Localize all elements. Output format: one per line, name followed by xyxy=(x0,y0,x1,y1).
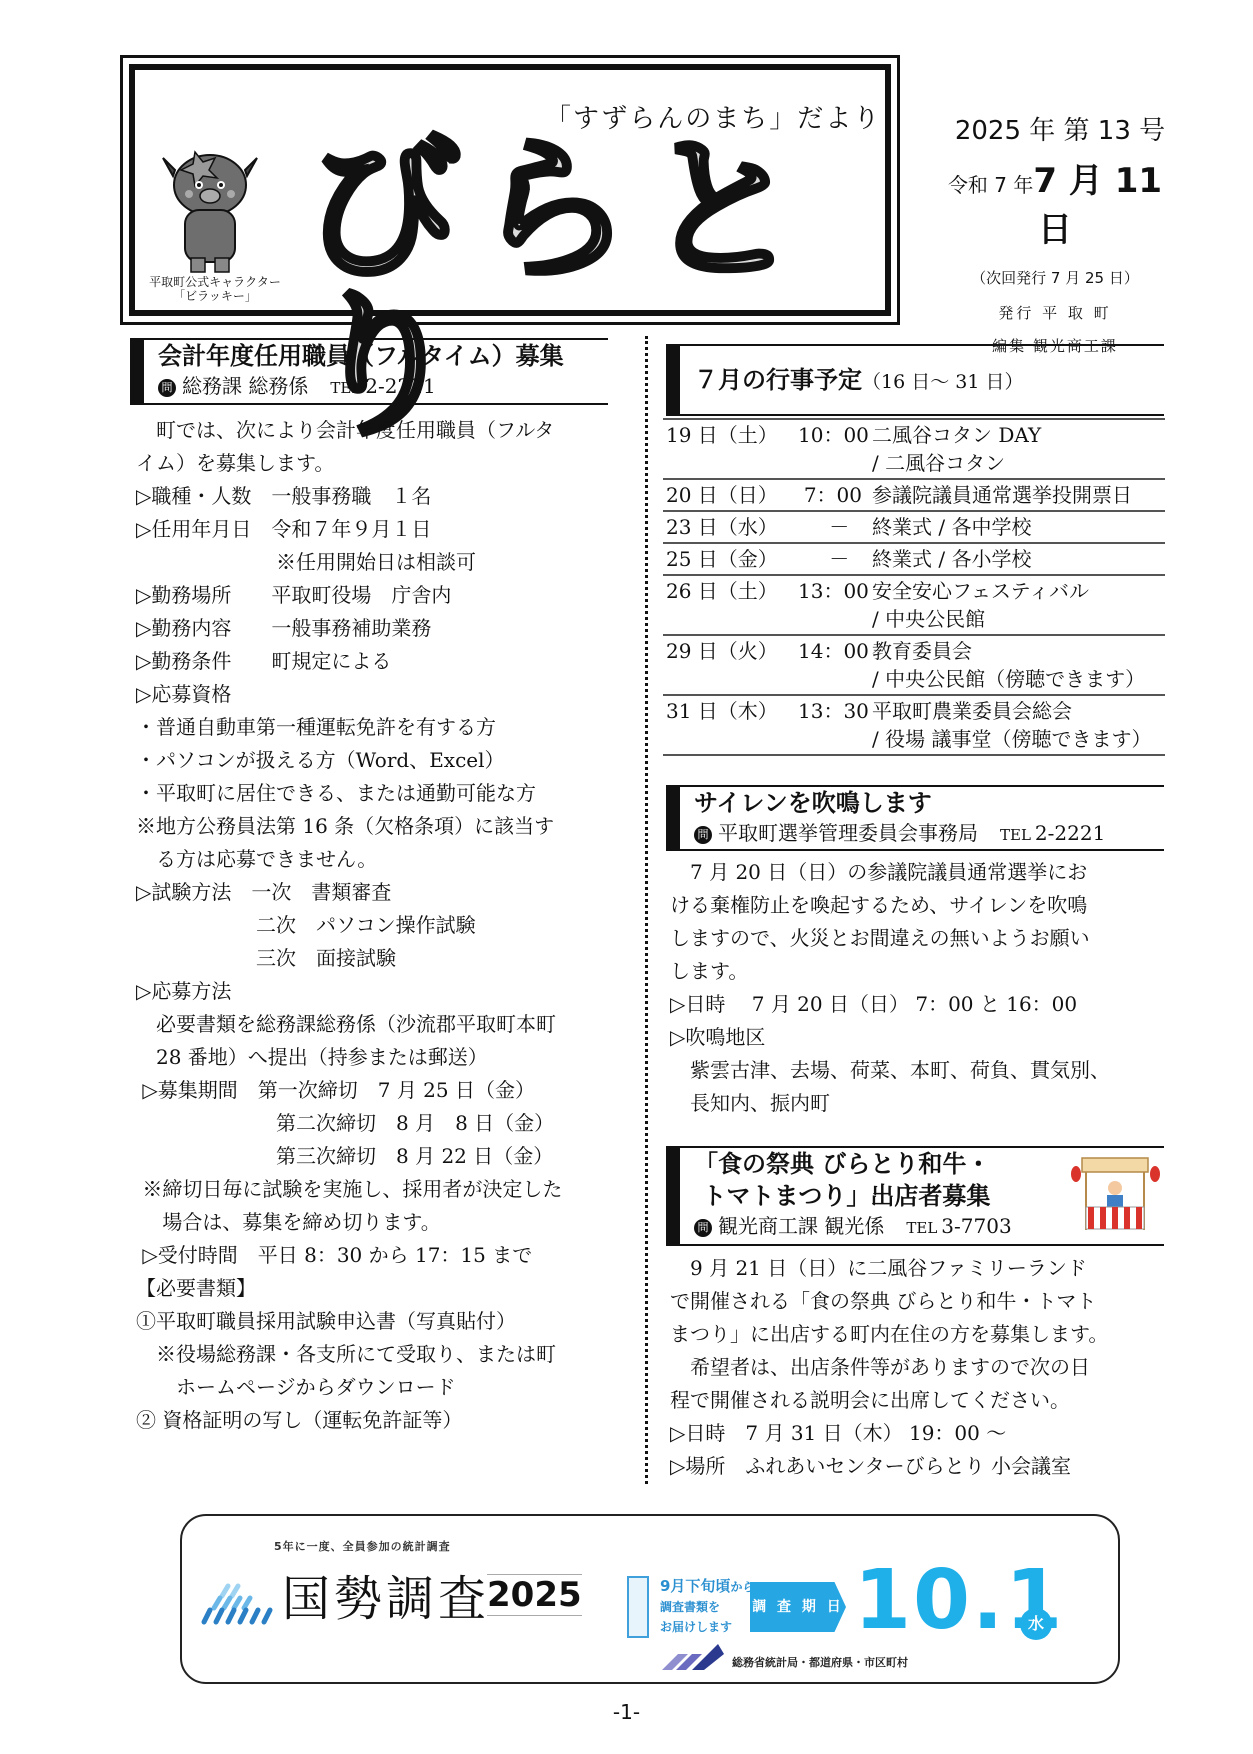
event-time: － xyxy=(798,513,862,541)
body-line: ▷勤務条件 町規定による xyxy=(136,645,636,678)
body-line: ▷試験方法 一次 書類審査 xyxy=(136,876,636,909)
census-banner[interactable]: 5年に一度、全員参加の統計調査 国勢調査 2025 9月下旬頃から 調査書類を … xyxy=(180,1514,1120,1684)
festival-stall-icon xyxy=(1068,1152,1163,1232)
event-desc: 平取町農業委員会総会 / 役場 議事堂（傍聴できます） xyxy=(862,697,1165,753)
body-line: ▷募集期間 第一次締切 7 月 25 日（金） xyxy=(136,1074,636,1107)
body-line: 希望者は、出店条件等がありますので次の日 xyxy=(670,1351,1170,1384)
event-date: 31 日（木） xyxy=(663,697,798,753)
event-date: 19 日（土） xyxy=(663,421,798,477)
census-tagline: 5年に一度、全員参加の統計調査 xyxy=(274,1538,451,1554)
event-time: 13：00 xyxy=(798,577,862,633)
recruit-section-header: 会計年度任用職員（フルタイム）募集 問総務課 総務係TEL2-2221 xyxy=(130,338,608,405)
event-row: 25 日（金） － 終業式 / 各小学校 xyxy=(663,544,1165,576)
events-range: （16 日～ 31 日） xyxy=(862,371,1023,393)
issue-number: 2025 年 第 13 号 xyxy=(940,110,1180,147)
page-number: -1- xyxy=(0,1700,1253,1724)
body-line: ※役場総務課・各支所にて受取り、または町 xyxy=(136,1338,636,1371)
tel-label: TEL xyxy=(906,1219,937,1237)
event-row: 20 日（日） 7：00 参議院議員通常選挙投開票日 xyxy=(663,480,1165,512)
next-issue-date: （次回発行 7 月 25 日） xyxy=(930,267,1180,288)
masthead-frame: 平取町公式キャラクター 「ビラッキー」 「すずらんのまち」だより びらとり xyxy=(129,64,891,316)
event-desc: 終業式 / 各中学校 xyxy=(862,513,1165,541)
siren-contact: 問平取町選挙管理委員会事務局TEL2-2221 xyxy=(694,819,1164,849)
event-date: 29 日（火） xyxy=(663,637,798,693)
inquiry-icon: 問 xyxy=(694,1219,712,1237)
survey-day-label: 調 査 期 日 xyxy=(750,1582,846,1632)
body-line: 長知内、振内町 xyxy=(670,1087,1170,1120)
event-row: 29 日（火） 14：00 教育委員会 / 中央公民館（傍聴できます） xyxy=(663,636,1165,696)
event-row: 23 日（水） － 終業式 / 各中学校 xyxy=(663,512,1165,544)
census-delivery-note: 9月下旬頃から 調査書類を お届けします xyxy=(660,1576,754,1637)
tel-label: TEL xyxy=(1000,826,1031,844)
body-line: 町では、次により会計年度任用職員（フルタ xyxy=(136,414,636,447)
census-title: 国勢調査 xyxy=(282,1560,490,1629)
inquiry-icon: 問 xyxy=(694,826,712,844)
recruit-body: 町では、次により会計年度任用職員（フルタ イム）を募集します。 ▷職種・人数 一… xyxy=(136,414,636,1437)
body-line: ・普通自動車第一種運転免許を有する方 xyxy=(136,711,636,744)
body-line: ける棄権防止を喚起するため、サイレンを吹鳴 xyxy=(670,889,1170,922)
event-desc: 安全安心フェスティバル / 中央公民館 xyxy=(862,577,1165,633)
tel-number[interactable]: 2-2221 xyxy=(365,374,435,398)
body-line: ※任用開始日は相談可 xyxy=(136,546,636,579)
body-line: ▷応募方法 xyxy=(136,975,636,1008)
body-line: 程で開催される説明会に出席してください。 xyxy=(670,1384,1170,1417)
survey-document-icon xyxy=(627,1576,649,1638)
body-line: 28 番地）へ提出（持参または郵送） xyxy=(136,1041,636,1074)
body-line: します。 xyxy=(670,955,1170,988)
publisher: 発行 平 取 町 xyxy=(930,302,1180,323)
delivery-line3: お届けします xyxy=(660,1617,754,1637)
masthead: 平取町公式キャラクター 「ビラッキー」 「すずらんのまち」だより びらとり xyxy=(120,55,900,325)
inquiry-icon: 問 xyxy=(158,379,176,397)
body-line: 二次 パソコン操作試験 xyxy=(136,909,636,942)
body-line: ・パソコンが扱える方（Word、Excel） xyxy=(136,744,636,777)
body-line: ※締切日毎に試験を実施し、採用者が決定した xyxy=(136,1173,636,1206)
body-line: ▷職種・人数 一般事務職 １名 xyxy=(136,480,636,513)
census-year: 2025 xyxy=(487,1574,582,1616)
body-line: ▷日時 7 月 31 日（木） 19：00 ～ xyxy=(670,1417,1170,1450)
body-line: まつり」に出店する町内在住の方を募集します。 xyxy=(670,1318,1170,1351)
body-line: 場合は、募集を締め切ります。 xyxy=(136,1206,636,1239)
recruit-title: 会計年度任用職員（フルタイム）募集 xyxy=(158,340,608,372)
mascot-caption-line1: 平取町公式キャラクター xyxy=(145,275,285,289)
siren-section-header: サイレンを吹鳴します 問平取町選挙管理委員会事務局TEL2-2221 xyxy=(666,785,1164,851)
delivery-date: 9月下旬頃 xyxy=(660,1577,730,1595)
events-section-header: ７月の行事予定（16 日～ 31 日） xyxy=(666,344,1164,416)
body-line: イム）を募集します。 xyxy=(136,447,636,480)
event-row: 26 日（土） 13：00 安全安心フェスティバル / 中央公民館 xyxy=(663,576,1165,636)
era-year: 令和 7 年 xyxy=(948,173,1033,197)
issue-date: 令和 7 年7 月 11 日 xyxy=(930,153,1180,251)
body-line: 7 月 20 日（日）の参議院議員通常選挙にお xyxy=(670,856,1170,889)
body-line: ▷場所 ふれあいセンターびらとり 小会議室 xyxy=(670,1450,1170,1483)
issue-info: 2025 年 第 13 号 令和 7 年7 月 11 日 （次回発行 7 月 2… xyxy=(930,110,1180,356)
body-line: 第三次締切 8 月 22 日（金） xyxy=(136,1140,636,1173)
tel-label: TEL xyxy=(330,379,361,397)
recruit-contact: 問総務課 総務係TEL2-2221 xyxy=(158,372,608,402)
event-desc: 教育委員会 / 中央公民館（傍聴できます） xyxy=(862,637,1165,693)
siren-title: サイレンを吹鳴します xyxy=(694,787,1164,819)
event-time: 14：00 xyxy=(798,637,862,693)
tel-number[interactable]: 3-7703 xyxy=(941,1214,1011,1238)
body-line: る方は応募できません。 xyxy=(136,843,636,876)
body-line: ▷勤務場所 平取町役場 庁舎内 xyxy=(136,579,636,612)
body-line: 【必要書類】 xyxy=(136,1272,636,1305)
census-organizations: 総務省統計局・都道府県・市区町村 xyxy=(732,1654,908,1670)
body-line: ▷吹鳴地区 xyxy=(670,1021,1170,1054)
event-row: 19 日（土） 10：00 二風谷コタン DAY / 二風谷コタン xyxy=(663,420,1165,480)
body-line: ▷任用年月日 令和７年９月１日 xyxy=(136,513,636,546)
siren-body: 7 月 20 日（日）の参議院議員通常選挙にお ける棄権防止を喚起するため、サイ… xyxy=(670,856,1170,1120)
body-line: で開催される「食の祭典 びらとり和牛・トマト xyxy=(670,1285,1170,1318)
festival-body: 9 月 21 日（日）に二風谷ファミリーランド で開催される「食の祭典 びらとり… xyxy=(670,1252,1170,1483)
body-line: ▷勤務内容 一般事務補助業務 xyxy=(136,612,636,645)
tel-number[interactable]: 2-2221 xyxy=(1035,821,1105,845)
body-line: ▷応募資格 xyxy=(136,678,636,711)
body-line: ※地方公務員法第 16 条（欠格条項）に該当す xyxy=(136,810,636,843)
event-time: 10：00 xyxy=(798,421,862,477)
event-date: 23 日（水） xyxy=(663,513,798,541)
event-date: 20 日（日） xyxy=(663,481,798,509)
column-divider xyxy=(645,336,648,1484)
events-title: ７月の行事予定（16 日～ 31 日） xyxy=(694,364,1164,398)
issue-date-value: 7 月 11 日 xyxy=(1033,161,1162,250)
event-desc: 終業式 / 各小学校 xyxy=(862,545,1165,573)
body-line: ② 資格証明の写し（運転免許証等） xyxy=(136,1404,636,1437)
event-row: 31 日（木） 13：30 平取町農業委員会総会 / 役場 議事堂（傍聴できます… xyxy=(663,696,1165,756)
events-table: 19 日（土） 10：00 二風谷コタン DAY / 二風谷コタン 20 日（日… xyxy=(663,418,1165,756)
census-mountain-logo-icon xyxy=(190,1576,280,1631)
event-time: 7：00 xyxy=(798,481,862,509)
event-date: 25 日（金） xyxy=(663,545,798,573)
body-line: しますので、火災とお間違えの無いようお願い xyxy=(670,922,1170,955)
survey-day-of-week: 水 xyxy=(1020,1608,1052,1640)
body-line: 紫雲古津、去場、荷菜、本町、荷負、貫気別、 xyxy=(670,1054,1170,1087)
contact-dept: 総務課 総務係 xyxy=(182,374,308,398)
mascot-caption: 平取町公式キャラクター 「ビラッキー」 xyxy=(145,275,285,303)
contact-dept: 平取町選挙管理委員会事務局 xyxy=(718,821,978,845)
body-line: 三次 面接試験 xyxy=(136,942,636,975)
event-time: 13：30 xyxy=(798,697,862,753)
body-line: ホームページからダウンロード xyxy=(136,1371,636,1404)
delivery-line2: 調査書類を xyxy=(660,1597,754,1617)
body-line: 9 月 21 日（日）に二風谷ファミリーランド xyxy=(670,1252,1170,1285)
body-line: 必要書類を総務課総務係（沙流郡平取町本町 xyxy=(136,1008,636,1041)
statistics-bureau-logo-icon xyxy=(662,1644,728,1670)
bull-mascot-icon xyxy=(155,140,265,280)
body-line: ・平取町に居住できる、または通勤可能な方 xyxy=(136,777,636,810)
event-time: － xyxy=(798,545,862,573)
event-date: 26 日（土） xyxy=(663,577,798,633)
events-title-text: ７月の行事予定 xyxy=(694,366,862,394)
mascot-name: 「ビラッキー」 xyxy=(145,289,285,303)
event-desc: 参議院議員通常選挙投開票日 xyxy=(862,481,1165,509)
event-desc: 二風谷コタン DAY / 二風谷コタン xyxy=(862,421,1165,477)
body-line: ▷受付時間 平日 8：30 から 17：15 まで xyxy=(136,1239,636,1272)
body-line: ▷日時 7 月 20 日（日） 7：00 と 16：00 xyxy=(670,988,1170,1021)
body-line: 第二次締切 8 月 8 日（金） xyxy=(136,1107,636,1140)
contact-dept: 観光商工課 観光係 xyxy=(718,1214,884,1238)
body-line: ①平取町職員採用試験申込書（写真貼付） xyxy=(136,1305,636,1338)
